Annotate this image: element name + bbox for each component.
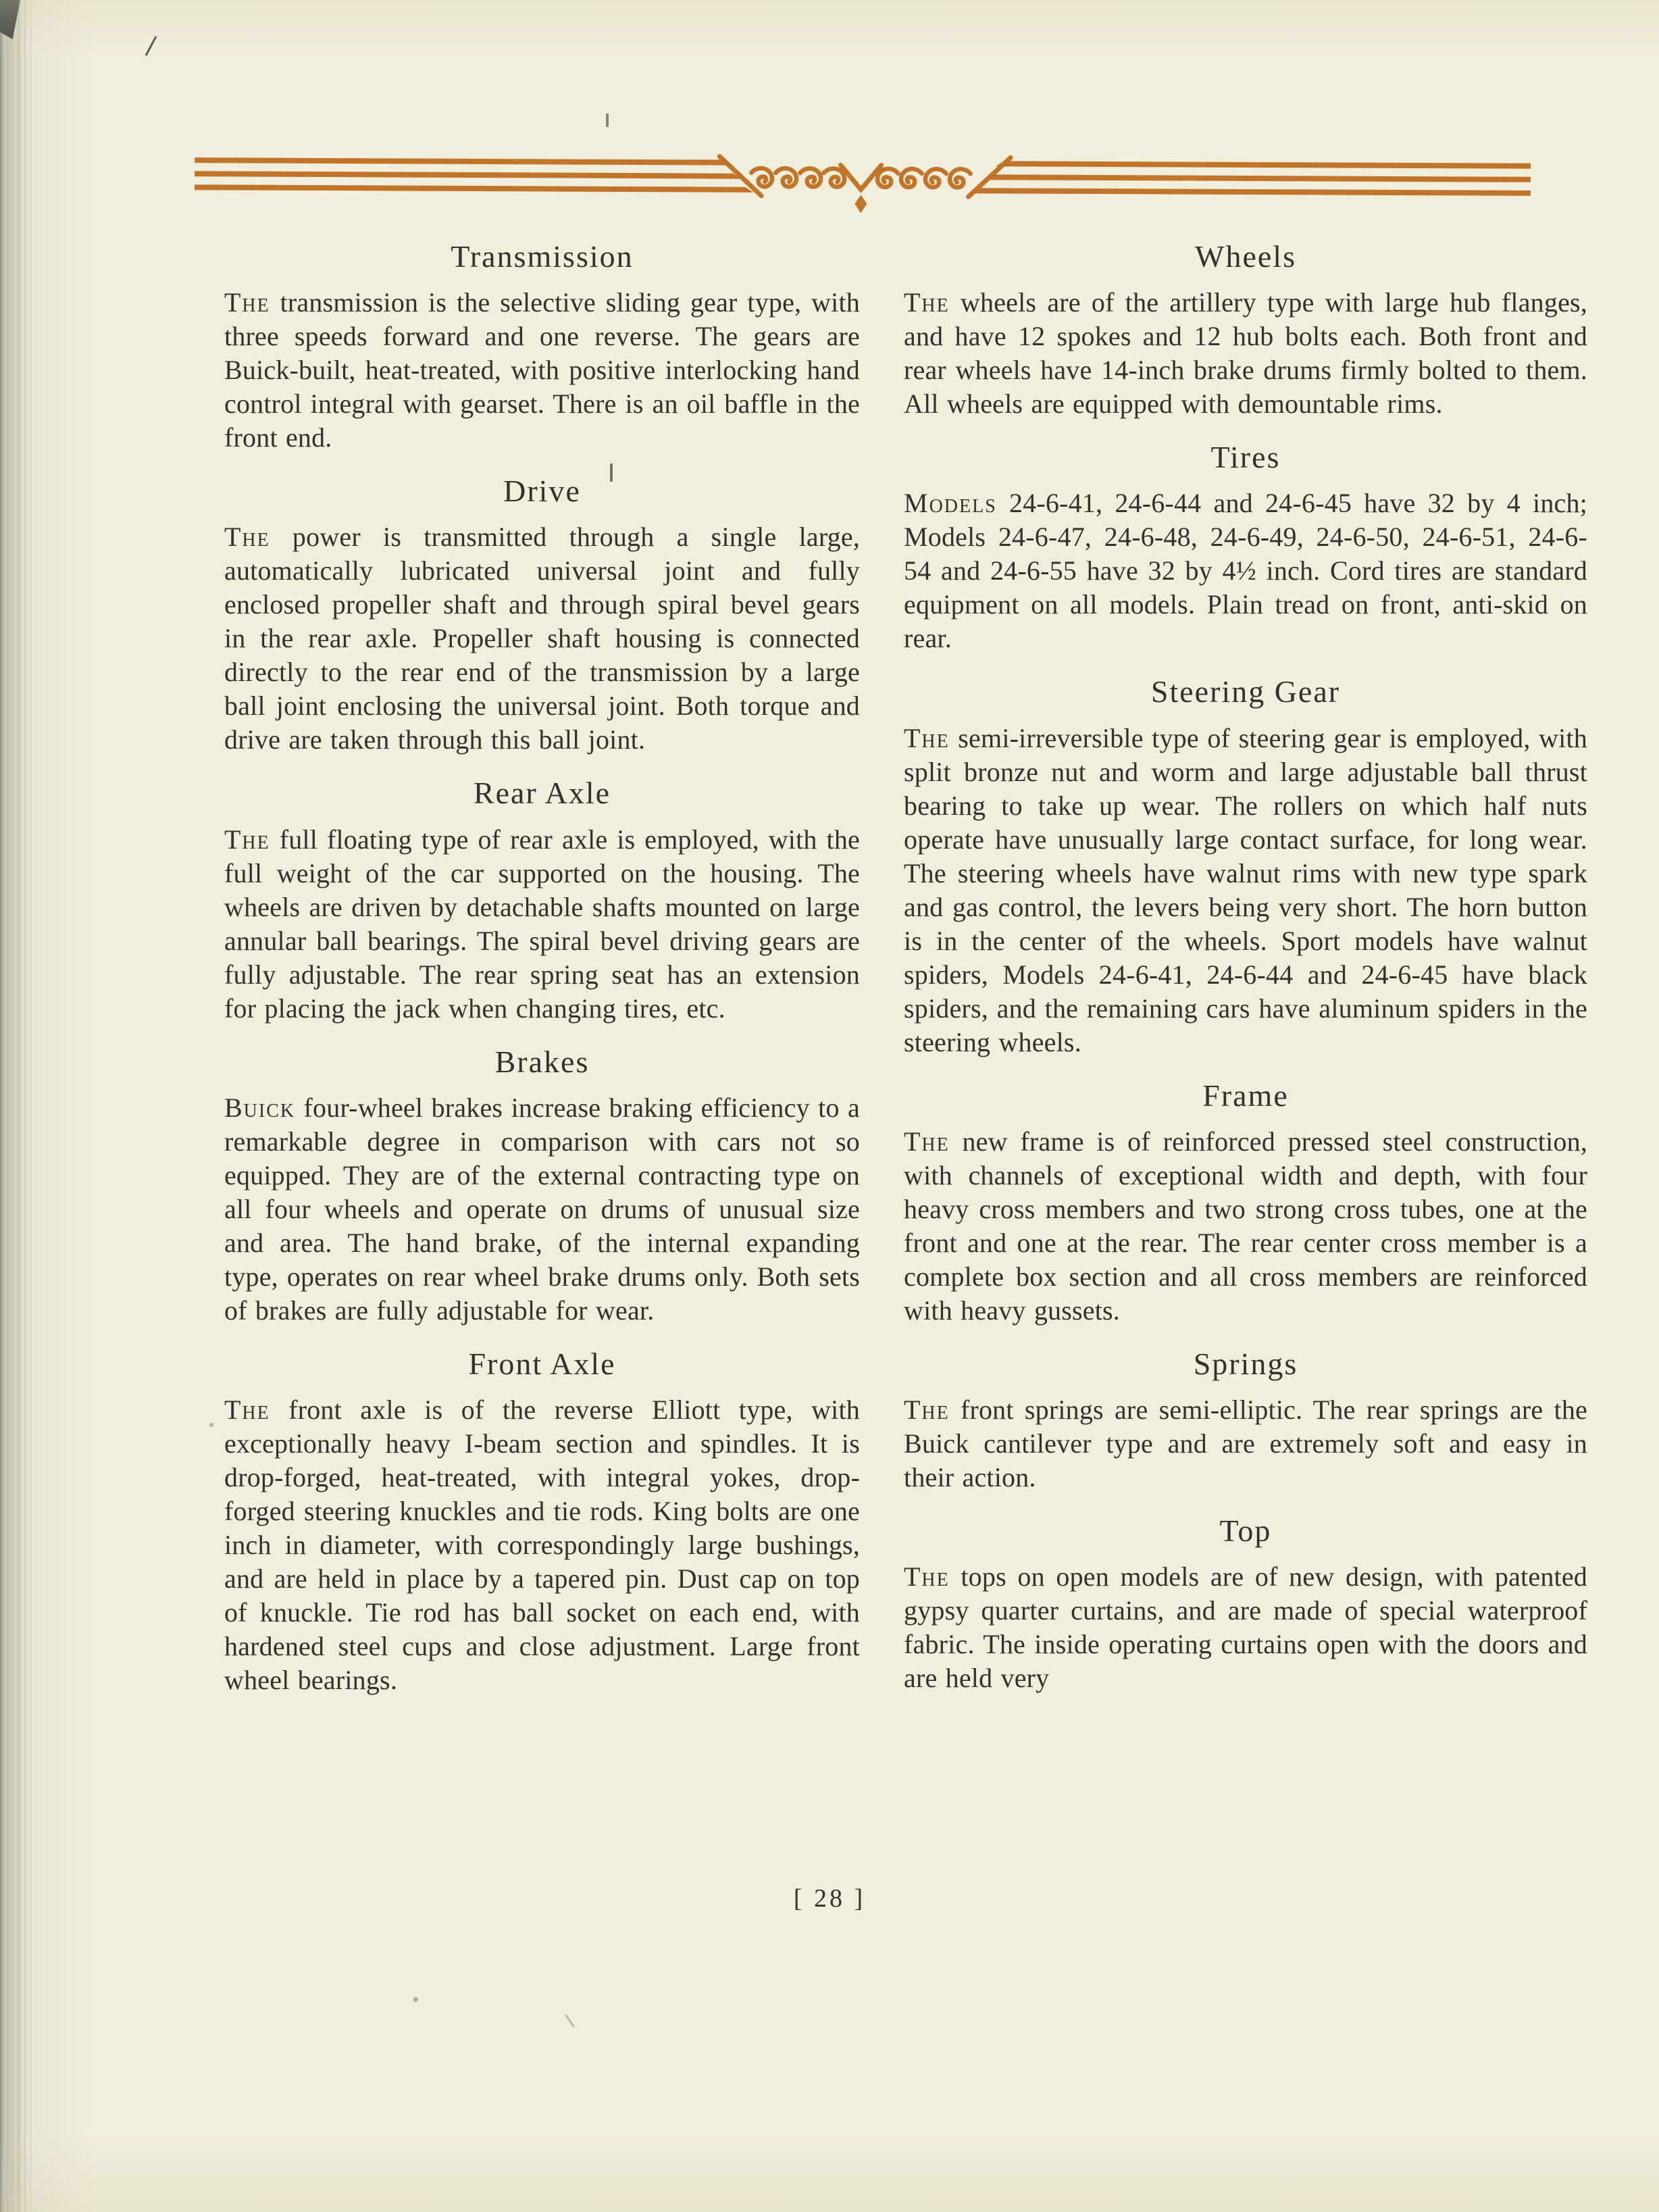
paragraph-text: 24-6-41, 24-6-44 and 24-6-45 have 32 by … bbox=[904, 488, 1587, 653]
scan-speck bbox=[565, 2014, 575, 2028]
section-heading: Steering Gear bbox=[904, 673, 1587, 710]
paragraph-text: wheels are of the artillery type with la… bbox=[904, 287, 1587, 419]
paragraph-text: full floating type of rear axle is emplo… bbox=[224, 824, 860, 1024]
section-paragraph: The tops on open models are of new desig… bbox=[904, 1560, 1587, 1695]
section-heading: Transmission bbox=[224, 238, 860, 275]
lead-word: The bbox=[904, 287, 950, 318]
paragraph-text: four-wheel brakes increase braking effic… bbox=[224, 1092, 860, 1326]
lead-word: The bbox=[904, 1561, 950, 1592]
section-paragraph: The power is transmitted through a singl… bbox=[224, 520, 860, 757]
page-number: [ 28 ] bbox=[0, 1884, 1659, 1913]
lead-word: The bbox=[904, 723, 950, 753]
section-heading: Springs bbox=[904, 1345, 1587, 1382]
paragraph-text: front axle is of the reverse Elliott typ… bbox=[224, 1394, 860, 1695]
section-paragraph: The wheels are of the artillery type wit… bbox=[904, 286, 1587, 421]
book-page-edge bbox=[0, 0, 31, 2212]
lead-word: The bbox=[224, 522, 270, 552]
section-front-axle: Front Axle The front axle is of the reve… bbox=[224, 1345, 860, 1697]
section-paragraph: The full floating type of rear axle is e… bbox=[224, 823, 860, 1026]
section-heading: Wheels bbox=[904, 238, 1587, 275]
scan-speck bbox=[606, 114, 609, 127]
section-top: Top The tops on open models are of new d… bbox=[904, 1512, 1587, 1695]
paragraph-text: transmission is the selective sliding ge… bbox=[224, 287, 860, 453]
section-paragraph: The semi-irreversible type of steering g… bbox=[904, 722, 1587, 1059]
section-paragraph: The front springs are semi-elliptic. The… bbox=[904, 1393, 1587, 1494]
lead-word: The bbox=[904, 1394, 950, 1425]
section-wheels: Wheels The wheels are of the artillery t… bbox=[904, 238, 1587, 421]
section-paragraph: The new frame is of reinforced pressed s… bbox=[904, 1125, 1587, 1328]
scan-speck bbox=[209, 1423, 213, 1427]
section-steering-gear: Steering Gear The semi-irreversible type… bbox=[904, 673, 1587, 1059]
lead-word: The bbox=[904, 1126, 950, 1157]
section-tires: Tires Models 24-6-41, 24-6-44 and 24-6-4… bbox=[904, 438, 1587, 655]
section-springs: Springs The front springs are semi-ellip… bbox=[904, 1345, 1587, 1494]
section-heading: Frame bbox=[904, 1077, 1587, 1114]
section-drive: Drive The power is transmitted through a… bbox=[224, 472, 860, 757]
section-heading: Brakes bbox=[224, 1043, 860, 1080]
section-paragraph: Buick four-wheel brakes increase braking… bbox=[224, 1091, 860, 1328]
section-heading: Top bbox=[904, 1512, 1587, 1549]
right-column: Wheels The wheels are of the artillery t… bbox=[904, 238, 1587, 1695]
section-heading: Tires bbox=[904, 438, 1587, 476]
divider-ornament bbox=[195, 141, 1531, 227]
page-edge-lines bbox=[0, 0, 31, 2212]
paragraph-text: front springs are semi-elliptic. The rea… bbox=[904, 1394, 1587, 1492]
section-paragraph: Models 24-6-41, 24-6-44 and 24-6-45 have… bbox=[904, 486, 1587, 655]
lead-word: The bbox=[224, 287, 270, 318]
paragraph-text: tops on open models are of new design, w… bbox=[904, 1561, 1587, 1693]
section-rear-axle: Rear Axle The full floating type of rear… bbox=[224, 774, 860, 1025]
lead-word: Models bbox=[904, 488, 997, 518]
paragraph-text: power is transmitted through a single la… bbox=[224, 522, 860, 755]
lead-word: The bbox=[224, 824, 270, 855]
section-heading: Front Axle bbox=[224, 1345, 860, 1382]
scan-speck bbox=[413, 1997, 418, 2002]
section-transmission: Transmission The transmission is the sel… bbox=[224, 238, 860, 455]
section-heading: Rear Axle bbox=[224, 774, 860, 811]
scan-speck bbox=[145, 36, 157, 56]
section-heading: Drive bbox=[224, 472, 860, 509]
section-frame: Frame The new frame is of reinforced pre… bbox=[904, 1077, 1587, 1328]
paragraph-text: new frame is of reinforced pressed steel… bbox=[904, 1126, 1587, 1326]
brochure-page: Transmission The transmission is the sel… bbox=[0, 0, 1659, 2212]
paragraph-text: semi-irreversible type of steering gear … bbox=[904, 723, 1587, 1057]
lead-word: The bbox=[224, 1394, 270, 1425]
section-paragraph: The transmission is the selective slidin… bbox=[224, 286, 860, 455]
left-column: Transmission The transmission is the sel… bbox=[224, 238, 860, 1697]
section-brakes: Brakes Buick four-wheel brakes increase … bbox=[224, 1043, 860, 1328]
section-paragraph: The front axle is of the reverse Elliott… bbox=[224, 1393, 860, 1697]
lead-word: Buick bbox=[224, 1092, 295, 1123]
